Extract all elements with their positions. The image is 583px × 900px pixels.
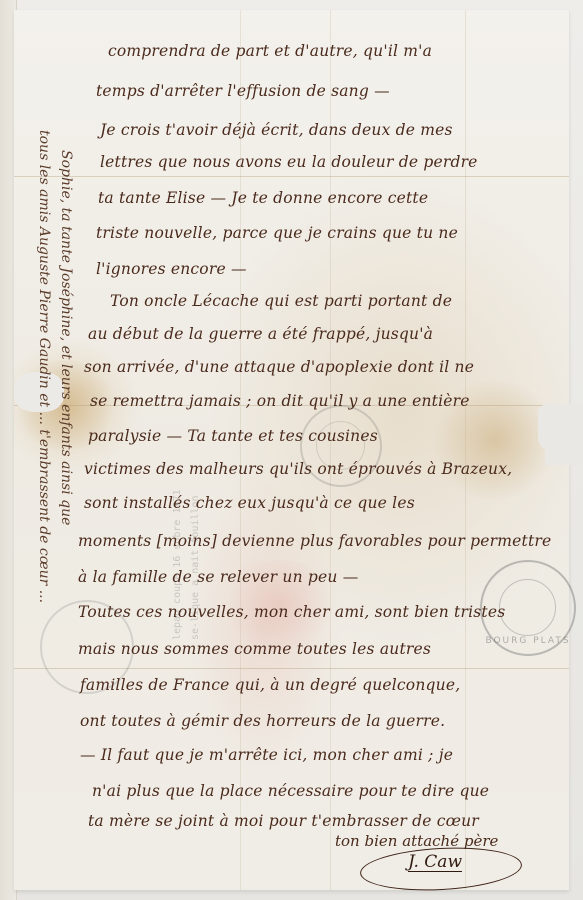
margin-note-line: Sophie, ta tante Joséphine, et leurs enf… (58, 150, 74, 850)
paper-fold-line (14, 176, 569, 177)
letter-line: son arrivée, d'une attaque d'apoplexie d… (84, 358, 583, 376)
letter-line: Je crois t'avoir déjà écrit, dans deux d… (100, 121, 583, 139)
letter-line: se remettra jamais ; on dit qu'il y a un… (90, 392, 583, 410)
letter-line: lettres que nous avons eu la douleur de … (100, 153, 583, 171)
letter-line: — Il faut que je m'arrête ici, mon cher … (80, 746, 583, 764)
letter-line: mais nous sommes comme toutes les autres (78, 640, 583, 658)
margin-note-line: tous les amis Auguste Pierre Gaudin et .… (36, 130, 52, 830)
letter-line: Ton oncle Lécache qui est parti portant … (110, 292, 583, 310)
letter-line: paralysie — Ta tante et tes cousines (88, 427, 583, 445)
letter-line: au début de la guerre a été frappé, jusq… (88, 325, 583, 343)
letter-line: victimes des malheurs qu'ils ont éprouvé… (84, 460, 583, 478)
letter-line: comprendra de part et d'autre, qu'il m'a (108, 42, 583, 60)
letter-line: ta mère se joint à moi pour t'embrasser … (88, 812, 583, 830)
letter-line: Toutes ces nouvelles, mon cher ami, sont… (78, 603, 583, 621)
letter-line: l'ignores encore — (96, 260, 583, 278)
letter-line: familles de France qui, à un degré quelc… (80, 676, 583, 694)
signature: J. Caw (408, 852, 462, 872)
letter-line: temps d'arrêter l'effusion de sang — (96, 82, 583, 100)
letter-line: moments [moins] devienne plus favorables… (78, 532, 583, 550)
letter-line: triste nouvelle, parce que je crains que… (96, 224, 583, 242)
letter-line: à la famille de se relever un peu — (78, 568, 583, 586)
letter-line: n'ai plus que la place nécessaire pour t… (92, 782, 583, 800)
letter-line: ta tante Elise — Je te donne encore cett… (98, 189, 583, 207)
letter-line: sont installés chez eux jusqu'à ce que l… (84, 494, 583, 512)
letter-line: ont toutes à gémir des horreurs de la gu… (80, 712, 583, 730)
